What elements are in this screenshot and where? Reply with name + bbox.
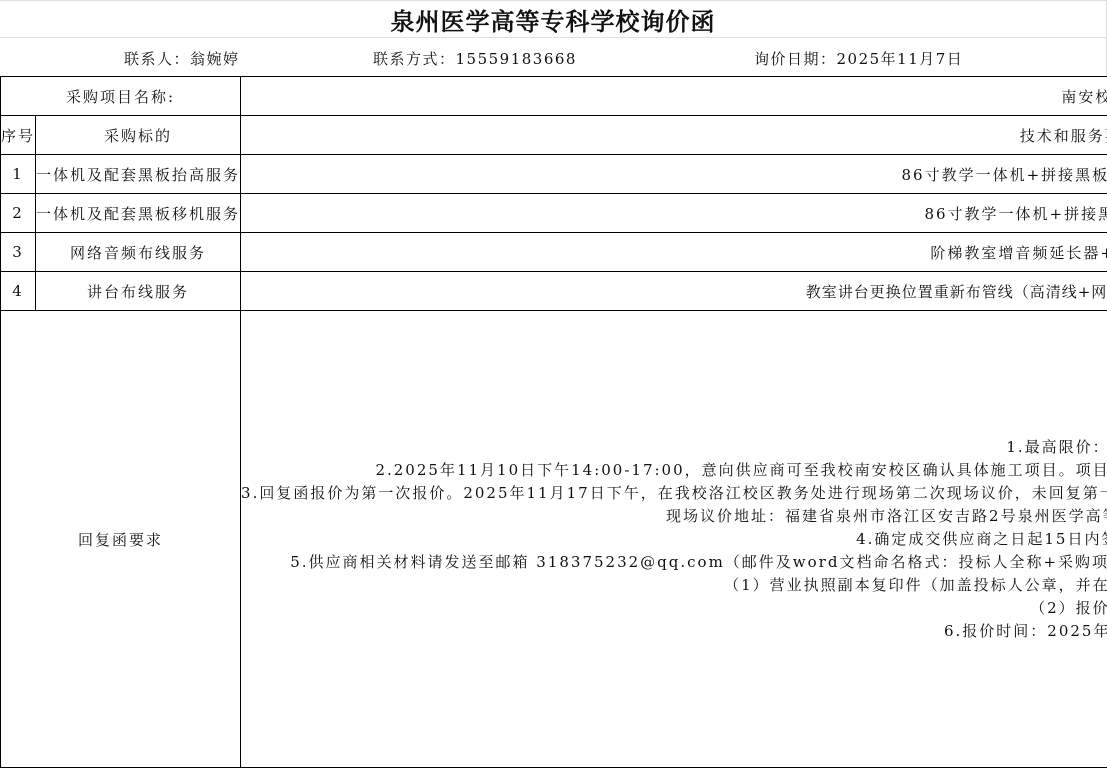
table-header-row: 序号 采购标的 技术和服务要求 数量 <box>1 116 1107 155</box>
row-no: 1 <box>1 155 36 194</box>
table-row: 2 一体机及配套黑板移机服务 86寸教学一体机+拼接黑板移机更换教室 6 <box>1 194 1107 233</box>
row-item: 讲台布线服务 <box>36 272 241 311</box>
row-requirement: 86寸教学一体机+拼接黑板移机更换教室 <box>241 194 1107 233</box>
document-title: 泉州医学高等专科学校询价函 <box>391 2 716 37</box>
header-no: 序号 <box>1 116 36 155</box>
requirement-line: （1）营业执照副本复印件（加盖投标人公章，并在营业执照复印件上写下公司邮箱、联系… <box>241 574 1107 597</box>
requirement-line: 5.供应商相关材料请发送至邮箱 318375232@qq.com（邮件及word… <box>241 551 1107 574</box>
header-item: 采购标的 <box>36 116 241 155</box>
contact-phone: 联系方式：15559183668 <box>373 48 577 69</box>
requirement-line: （2）报价单，格式自拟，需加盖公章。 <box>241 597 1107 620</box>
requirement-line: 1.最高限价：94500元，超过视为无效报价。 <box>241 436 1107 459</box>
requirement-line: 4.确定成交供应商之日起15日内签订合同，整体项目于12月15日前完成建设并验收… <box>241 528 1107 551</box>
row-requirement: 阶梯教室增音频延长器+3.5mm音频线 <box>241 233 1107 272</box>
project-name-value: 南安校区考场环境升级改造项目 <box>241 77 1107 116</box>
row-no: 4 <box>1 272 36 311</box>
requirement-line: 3.回复函报价为第一次报价。2025年11月17日下午，在我校洛江校区教务处进行… <box>241 482 1107 505</box>
header-requirement: 技术和服务要求 <box>241 116 1107 155</box>
row-item: 一体机及配套黑板抬高服务 <box>36 155 241 194</box>
requirement-line: 现场议价地址：福建省泉州市洛江区安吉路2号泉州医学高等专科学校图书信息大楼11楼… <box>241 505 1107 528</box>
project-name-row: 采购项目名称: 南安校区考场环境升级改造项目 <box>1 77 1107 116</box>
row-item: 网络音频布线服务 <box>36 233 241 272</box>
row-item: 一体机及配套黑板移机服务 <box>36 194 241 233</box>
table-row: 3 网络音频布线服务 阶梯教室增音频延长器+3.5mm音频线 9 <box>1 233 1107 272</box>
requirement-line: 6.报价时间：2025年11月7日-2025年11月14日17:00前。 <box>241 620 1107 643</box>
row-requirement: 86寸教学一体机+拼接黑板拆装抬高20-25cm <box>241 155 1107 194</box>
table-row: 1 一体机及配套黑板抬高服务 86寸教学一体机+拼接黑板拆装抬高20-25cm … <box>1 155 1107 194</box>
reply-requirements-label: 回复函要求 <box>1 311 241 768</box>
row-no: 3 <box>1 233 36 272</box>
contact-info-row: 联系人：翁婉婷 联系方式：15559183668 询价日期：2025年11月7日 <box>0 37 1107 77</box>
inquiry-date: 询价日期：2025年11月7日 <box>754 48 963 69</box>
row-no: 2 <box>1 194 36 233</box>
title-row: 泉州医学高等专科学校询价函 <box>0 0 1107 38</box>
contact-person: 联系人：翁婉婷 <box>124 48 240 69</box>
project-name-label: 采购项目名称: <box>1 77 241 116</box>
reply-requirements-text: 1.最高限价：94500元，超过视为无效报价。 2.2025年11月10日下午1… <box>241 311 1107 768</box>
inquiry-table: 采购项目名称: 南安校区考场环境升级改造项目 序号 采购标的 技术和服务要求 数… <box>0 76 1107 768</box>
requirement-line: 2.2025年11月10日下午14:00-17:00，意向供应商可至我校南安校区… <box>241 459 1107 482</box>
row-requirement: 教室讲台更换位置重新布管线（高清线+网络线+USB延长线+音频线）10M <box>241 272 1107 311</box>
table-row: 4 讲台布线服务 教室讲台更换位置重新布管线（高清线+网络线+USB延长线+音频… <box>1 272 1107 311</box>
reply-requirements-row: 回复函要求 1.最高限价：94500元，超过视为无效报价。 2.2025年11月… <box>1 311 1107 768</box>
